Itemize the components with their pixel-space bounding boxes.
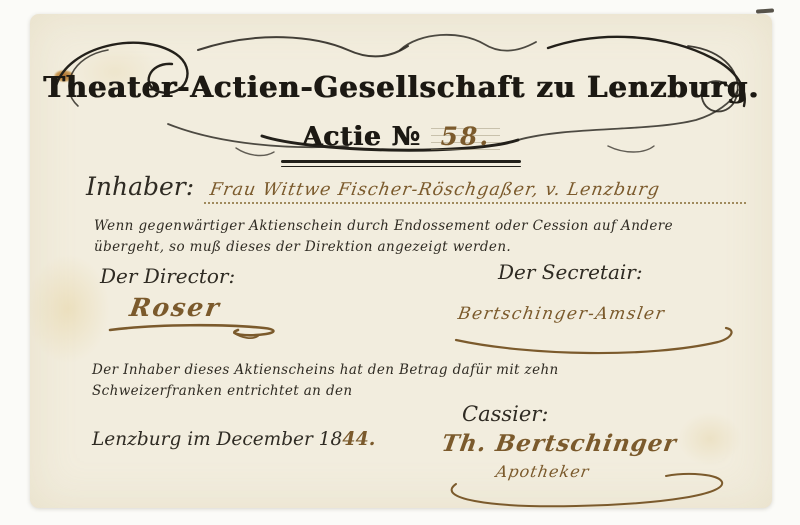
share-number-handwritten: 58. [431, 122, 501, 151]
cashier-profession: Apotheker [494, 462, 590, 481]
payment-clause-line1: Der Inhaber dieses Aktienscheins hat den… [92, 360, 652, 381]
director-label: Der Director: [100, 264, 235, 288]
cashier-signature: Th. Bertschinger [440, 430, 679, 457]
transfer-clause: Wenn gegenwärtiger Aktienschein durch En… [94, 216, 734, 258]
cashier-label: Cassier: [462, 402, 548, 426]
scanned-share-certificate: Theater-Actien-Gesellschaft zu Lenzburg.… [0, 0, 800, 525]
director-signature: Roser [128, 293, 223, 322]
secretary-signature: Bertschinger-Amsler [456, 304, 666, 324]
aging-stain [26, 254, 110, 364]
share-number-line: Actie № 58. [30, 122, 772, 152]
share-label: Actie № [302, 122, 421, 152]
holder-line: Inhaber: Frau Wittwe Fischer-Röschgaßer,… [86, 172, 746, 204]
secretary-label: Der Secretair: [498, 260, 643, 284]
holder-name-handwritten: Frau Wittwe Fischer-Röschgaßer, v. Lenzb… [204, 180, 746, 204]
date-line: Lenzburg im December 1844. [92, 428, 375, 450]
transfer-clause-line2: übergeht, so muß dieses der Direktion an… [94, 237, 734, 258]
share-number-underline [281, 160, 521, 167]
director-signature-flourish [106, 320, 286, 342]
payment-clause-line2: Schweizerfranken entrichtet an den [92, 381, 652, 402]
holder-label: Inhaber: [86, 172, 194, 201]
date-year-handwritten: 44. [342, 428, 375, 450]
paper-edge-mark [756, 8, 774, 13]
aging-stain [678, 412, 742, 466]
payment-clause: Der Inhaber dieses Aktienscheins hat den… [92, 360, 652, 402]
date-printed: Lenzburg im December 18 [92, 429, 342, 450]
secretary-signature-flourish [450, 326, 740, 362]
certificate-title: Theater-Actien-Gesellschaft zu Lenzburg. [30, 70, 772, 104]
paper-sheet: Theater-Actien-Gesellschaft zu Lenzburg.… [30, 14, 772, 508]
transfer-clause-line1: Wenn gegenwärtiger Aktienschein durch En… [94, 216, 734, 237]
